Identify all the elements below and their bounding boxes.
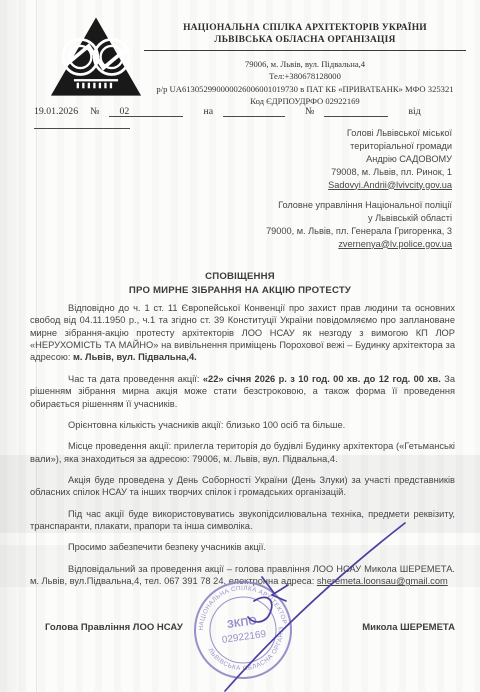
- recipient-line: Голові Львівської міської: [328, 127, 452, 140]
- recipient-email-link[interactable]: zvernenya@lv.police.gov.ua: [266, 238, 452, 251]
- recipient-national-police: Головне управління Національної поліції …: [266, 199, 452, 251]
- org-name-line1: НАЦІОНАЛЬНА СПІЛКА АРХІТЕКТОРІВ УКРАЇНИ: [140, 22, 470, 34]
- na-label: на: [203, 106, 213, 117]
- recipient-line: Андрію САДОВОМУ: [328, 153, 452, 166]
- letterhead-rule: [144, 50, 466, 51]
- ref-number-blank-field: [324, 105, 388, 117]
- document-title: СПОВІЩЕННЯ ПРО МИРНЕ ЗІБРАННЯ НА АКЦІЮ П…: [0, 270, 480, 298]
- org-address: 79006, м. Львів, вул. Підвальна,4: [140, 58, 470, 70]
- doc-date: 19.01.2026: [34, 106, 78, 117]
- signer-title: Голова Правління ЛОО НСАУ: [45, 622, 183, 633]
- title-line1: СПОВІЩЕННЯ: [0, 270, 480, 284]
- recipient-line: у Львівській області: [266, 212, 452, 225]
- paragraph-date-time: Час та дата проведення акції: «22» січня…: [30, 373, 455, 410]
- protest-datetime: «22» січня 2026 р. з 10 год. 00 хв. до 1…: [203, 374, 441, 384]
- recipient-line: Головне управління Національної поліції: [266, 199, 452, 212]
- reference-line: 19.01.2026№02на№від: [34, 105, 458, 129]
- handwritten-signature: [170, 505, 420, 692]
- recipient-line: територіальної громади: [328, 140, 452, 153]
- nsau-logo-icon: [50, 16, 142, 103]
- org-phone: Тел:+380678128000: [140, 70, 470, 82]
- na-blank-field: [223, 105, 285, 117]
- org-name-line2: ЛЬВІВСЬКА ОБЛАСНА ОРГАНІЗАЦІЯ: [140, 34, 470, 46]
- title-line2: ПРО МИРНЕ ЗІБРАННЯ НА АКЦІЮ ПРОТЕСТУ: [0, 284, 480, 298]
- letterhead: НАЦІОНАЛЬНА СПІЛКА АРХІТЕКТОРІВ УКРАЇНИ …: [140, 22, 470, 108]
- vid-label: від: [408, 106, 420, 117]
- protest-address: м. Львів, вул. Підвальна,4.: [73, 352, 197, 362]
- recipient-line: 79008, м. Львів, пл. Ринок, 1: [328, 166, 452, 179]
- paragraph-occasion: Акція буде проведена у День Соборності У…: [30, 474, 455, 499]
- vid-blank-field: [34, 117, 130, 129]
- paragraph-location: Місце проведення акції: прилегла територ…: [30, 440, 455, 465]
- org-bank-account: р/р UA613052990000026006001019730 в ПАТ …: [140, 83, 470, 95]
- doc-number-label: №: [90, 106, 99, 117]
- recipient-line: 79000, м. Львів, пл. Генерала Григоренка…: [266, 225, 452, 238]
- signer-name: Микола ШЕРЕМЕТА: [362, 622, 455, 633]
- scanned-letter-page: НАЦІОНАЛЬНА СПІЛКА АРХІТЕКТОРІВ УКРАЇНИ …: [0, 0, 480, 692]
- ref-number-label: №: [305, 106, 314, 117]
- paragraph-participants-count: Орієнтовна кількість учасників акції: бл…: [30, 419, 455, 431]
- recipient-city-mayor: Голові Львівської міської територіальної…: [328, 127, 452, 191]
- doc-number-field: 02: [109, 106, 183, 117]
- paragraph-legal-basis: Відповідно до ч. 1 ст. 11 Європейської К…: [30, 302, 455, 364]
- recipient-email-link[interactable]: Sadovyi.Andrii@lvivcity.gov.ua: [328, 179, 452, 192]
